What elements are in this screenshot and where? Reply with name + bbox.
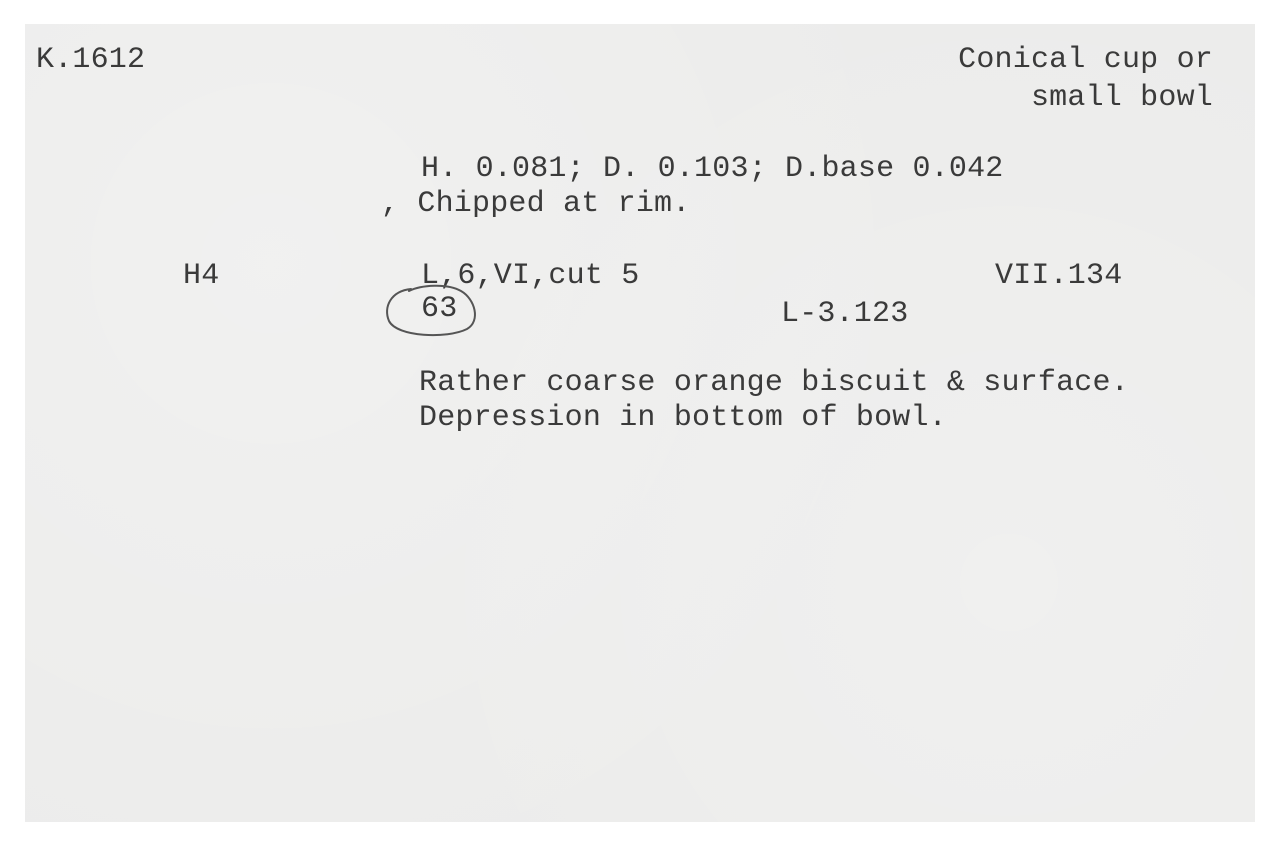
grid-square: H4 xyxy=(183,258,219,294)
object-type-line1: Conical cup or xyxy=(958,42,1213,78)
catalog-number: K.1612 xyxy=(36,42,145,78)
description-line1: Rather coarse orange biscuit & surface. xyxy=(419,365,1129,401)
lot-ref: L-3.123 xyxy=(781,296,908,332)
inventory-ref: VII.134 xyxy=(995,258,1122,294)
object-type-line2: small bowl xyxy=(1031,80,1213,116)
dimensions: H. 0.081; D. 0.103; D.base 0.042 xyxy=(421,151,1004,187)
description-line2: Depression in bottom of bowl. xyxy=(419,400,947,436)
circled-number: 63 xyxy=(421,291,457,327)
findspot: L,6,VI,cut 5 xyxy=(421,258,639,294)
condition: , Chipped at rim. xyxy=(381,186,690,222)
